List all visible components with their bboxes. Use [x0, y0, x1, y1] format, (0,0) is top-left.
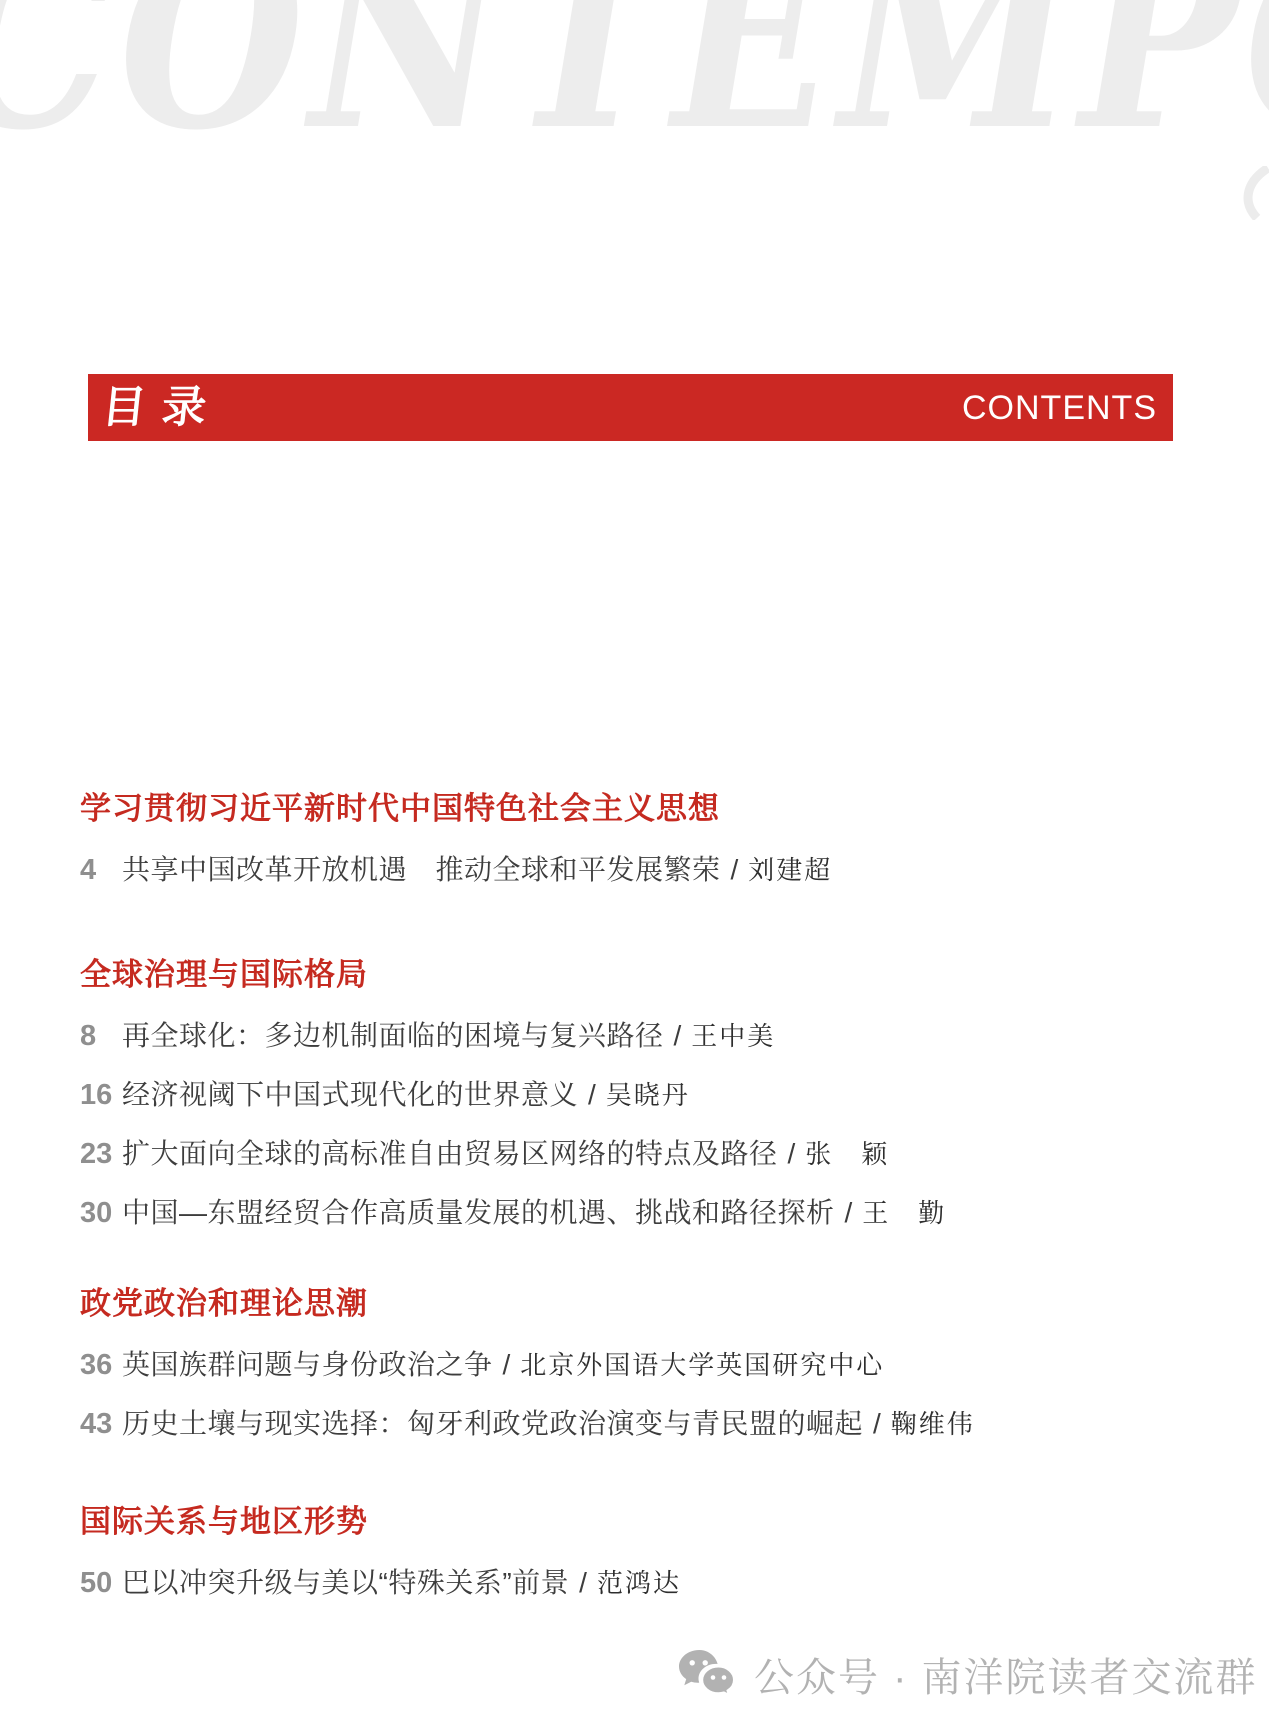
- page-number: 23: [80, 1139, 122, 1169]
- toc-section: 政党政治和理论思潮36英国族群问题与身份政治之争/北京外国语大学英国研究中心43…: [80, 1287, 1200, 1468]
- page-number: 30: [80, 1198, 122, 1228]
- toc-item: 4共享中国改革开放机遇 推动全球和平发展繁荣/刘建超: [80, 855, 1200, 886]
- toc-item: 8再全球化：多边机制面临的困境与复兴路径/王中美: [80, 1021, 1200, 1052]
- section-heading: 政党政治和理论思潮: [80, 1287, 1200, 1321]
- toc-item: 23扩大面向全球的高标准自由贸易区网络的特点及路径/张 颖: [80, 1139, 1200, 1170]
- page-number: 36: [80, 1350, 122, 1380]
- toc-item: 43历史土壤与现实选择：匈牙利政党政治演变与青民盟的崛起/鞠维伟: [80, 1409, 1200, 1440]
- item-title: 扩大面向全球的高标准自由贸易区网络的特点及路径: [122, 1139, 778, 1169]
- toc-item: 50巴以冲突升级与美以“特殊关系”前景/范鸿达: [80, 1568, 1200, 1599]
- wechat-icon: [678, 1648, 740, 1707]
- footer-watermark: 公众号 · 南洋院读者交流群: [678, 1648, 1258, 1707]
- item-author: 王中美: [691, 1022, 775, 1052]
- title-author-separator: /: [873, 1409, 881, 1439]
- item-title: 英国族群问题与身份政治之争: [122, 1350, 493, 1380]
- item-author: 北京外国语大学英国研究中心: [520, 1351, 884, 1381]
- title-author-separator: /: [503, 1350, 511, 1380]
- item-author: 张 颖: [805, 1140, 889, 1170]
- toc-title-calligraphy: 目录: [100, 386, 225, 430]
- title-author-separator: /: [845, 1198, 853, 1228]
- item-author: 鞠维伟: [891, 1410, 975, 1440]
- page-number: 4: [80, 855, 122, 885]
- item-author: 吴晓丹: [606, 1081, 690, 1111]
- toc-item: 16经济视阈下中国式现代化的世界意义/吴晓丹: [80, 1080, 1200, 1111]
- contents-banner: 目录 CONTENTS: [88, 374, 1173, 441]
- section-heading: 国际关系与地区形势: [80, 1505, 1200, 1539]
- watermark-tail-swash: [1240, 166, 1269, 225]
- toc-section: 全球治理与国际格局8再全球化：多边机制面临的困境与复兴路径/王中美16经济视阈下…: [80, 958, 1200, 1257]
- item-title: 历史土壤与现实选择：匈牙利政党政治演变与青民盟的崛起: [122, 1409, 863, 1439]
- page-number: 8: [80, 1021, 122, 1051]
- contents-label: CONTENTS: [962, 391, 1157, 425]
- title-author-separator: /: [579, 1568, 587, 1598]
- item-title: 经济视阈下中国式现代化的世界意义: [122, 1080, 578, 1110]
- title-author-separator: /: [788, 1139, 796, 1169]
- footer-watermark-text: 公众号 · 南洋院读者交流群: [754, 1654, 1258, 1702]
- item-title: 中国—东盟经贸合作高质量发展的机遇、挑战和路径探析: [122, 1198, 835, 1228]
- toc-section: 国际关系与地区形势50巴以冲突升级与美以“特殊关系”前景/范鸿达: [80, 1505, 1200, 1627]
- item-author: 范鸿达: [597, 1569, 681, 1599]
- page-number: 50: [80, 1568, 122, 1598]
- item-title: 共享中国改革开放机遇 推动全球和平发展繁荣: [122, 855, 721, 885]
- title-author-separator: /: [588, 1080, 596, 1110]
- item-author: 王 勤: [862, 1199, 946, 1229]
- title-author-separator: /: [674, 1021, 682, 1051]
- item-author: 刘建超: [748, 856, 832, 886]
- toc-item: 36英国族群问题与身份政治之争/北京外国语大学英国研究中心: [80, 1350, 1200, 1381]
- toc-item: 30中国—东盟经贸合作高质量发展的机遇、挑战和路径探析/王 勤: [80, 1198, 1200, 1229]
- title-author-separator: /: [731, 855, 739, 885]
- section-heading: 学习贯彻习近平新时代中国特色社会主义思想: [80, 792, 1200, 826]
- item-title: 再全球化：多边机制面临的困境与复兴路径: [122, 1021, 664, 1051]
- page-number: 16: [80, 1080, 122, 1110]
- item-title: 巴以冲突升级与美以“特殊关系”前景: [122, 1568, 569, 1598]
- page-number: 43: [80, 1409, 122, 1439]
- section-heading: 全球治理与国际格局: [80, 958, 1200, 992]
- toc-section: 学习贯彻习近平新时代中国特色社会主义思想4共享中国改革开放机遇 推动全球和平发展…: [80, 792, 1200, 914]
- page-watermark: CONTEMPOR: [0, 0, 1269, 163]
